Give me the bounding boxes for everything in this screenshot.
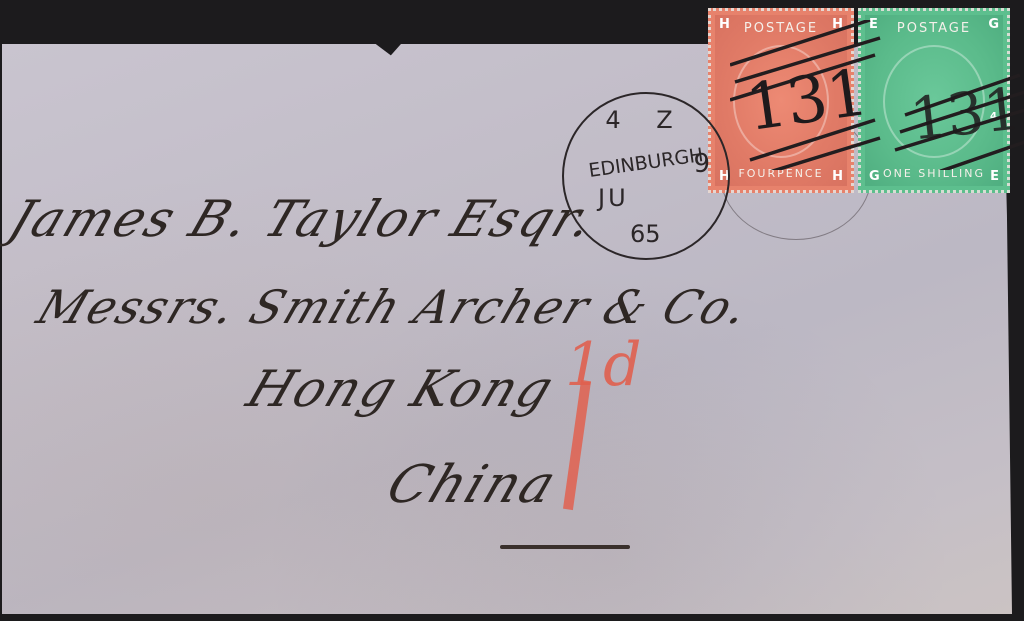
postmark-code: 4 Z — [564, 106, 728, 134]
red-charge-mark: 1d — [565, 330, 642, 400]
address-line-city: Hong Kong — [239, 360, 562, 418]
cancel-numeral-partial: 131 — [907, 74, 1024, 153]
postmark-year: 65 — [630, 220, 661, 248]
postmark-month: JU — [598, 184, 629, 212]
address-line-company: Messrs. Smith Archer & Co. — [30, 280, 757, 334]
address-underline — [500, 545, 630, 549]
address-line-addressee: James B. Taylor Esqr. — [1, 190, 603, 248]
stamp-label-bottom: ONE SHILLING — [865, 167, 1003, 180]
stamp-label-top: POSTAGE — [865, 21, 1003, 36]
postmark-day: 9 — [693, 149, 710, 179]
address-line-country: China — [379, 455, 565, 515]
stamp-label-bottom: FOURPENCE — [715, 167, 847, 180]
stamp-label-top: POSTAGE — [715, 21, 847, 36]
